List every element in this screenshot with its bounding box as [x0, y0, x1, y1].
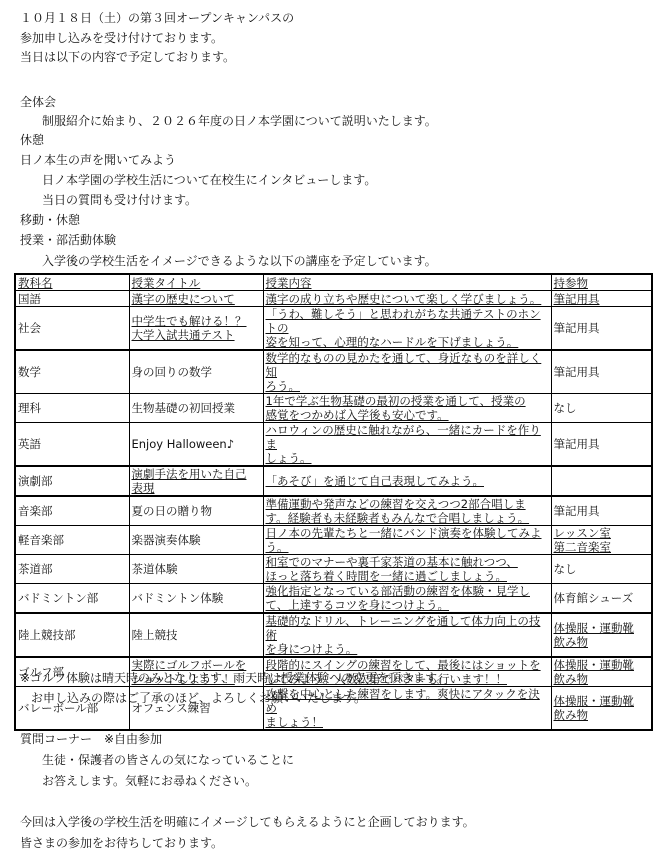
cell-line: 体操服・運動靴 [554, 694, 650, 708]
cell-line: 飲み物 [554, 708, 650, 722]
header-items: 持参物 [551, 274, 652, 291]
cell-line: 漢字の歴史について [132, 292, 261, 306]
cell-line: 数学的なものの見かたを通して、身近なものを詳しく知 [266, 351, 549, 379]
cell-line: 日ノ本の先輩たちと一緒にバンド演奏を体験してみよ [266, 526, 549, 540]
golf-note-2: お申し込みの際はご了承のほど、よろしくお願いいたします。 [31, 689, 366, 707]
cell-title: 演劇手法を用いた自己表現 [129, 466, 263, 496]
cell-title: 陸上競技 [129, 613, 263, 657]
cell-content: 基礎的なドリル、トレーニングを通して体力向上の技術を身につけよう。 [263, 613, 551, 657]
cell-items: 筆記用具 [551, 291, 652, 307]
cell-line: 楽器演奏体験 [132, 533, 261, 547]
cell-line: 筆記用具 [554, 437, 650, 451]
cell-line: 姿を知って、心理的なハードルを下げましょう。 [266, 335, 549, 349]
cell-content: ハロウィンの歴史に触れながら、一緒にカードを作りましょう。 [263, 423, 551, 467]
course-table: 教科名 授業タイトル 授業内容 持参物 国語漢字の歴史について漢字の成り立ちや歴… [14, 273, 653, 731]
cell-items: 体育館シューズ [551, 584, 652, 614]
cell-items: 体操服・運動靴飲み物 [551, 657, 652, 687]
cell-subject: 軽音楽部 [15, 526, 129, 555]
table-row: 理科生物基礎の初回授業1年で学ぶ生物基礎の最初の授業を通して、授業の感覚をつかめ… [15, 394, 652, 423]
cell-line: 準備運動や発声などの練習を交えつつ2部合唱しま [266, 497, 549, 511]
table-row: 数学身の回りの数学数学的なものの見かたを通して、身近なものを詳しく知ろう。筆記用… [15, 350, 652, 394]
cell-line: 表現 [132, 481, 261, 495]
general-description: 制服紹介に始まり、２０２６年度の日ノ本学園について説明いたします。 [42, 112, 437, 130]
cell-content: 漢字の成り立ちや歴史について楽しく学びましょう。 [263, 291, 551, 307]
cell-items: レッスン室第二音楽室 [551, 526, 652, 555]
qa-heading: 質問コーナー ※自由参加 [20, 730, 162, 748]
intro-line-1: １０月１８日（土）の第３回オープンキャンパスの [20, 9, 294, 27]
cell-line: ましょう！ [266, 715, 549, 729]
voices-line-2: 当日の質問も受け付けます。 [42, 191, 197, 209]
cell-content: 「あそび」を通じて自己表現してみよう。 [263, 466, 551, 496]
cell-items [551, 466, 652, 496]
cell-line: 「あそび」を通じて自己表現してみよう。 [266, 474, 549, 488]
cell-subject: 英語 [15, 423, 129, 467]
cell-line: バドミントン体験 [132, 591, 261, 605]
cell-line: 筆記用具 [554, 292, 650, 306]
cell-line: 演劇手法を用いた自己 [132, 467, 261, 481]
cell-line: 体操服・運動靴 [554, 658, 650, 672]
cell-title: 中学生でも解ける！？大学入試共通テスト [129, 307, 263, 351]
cell-line: て、上達するコツを身につけよう。 [266, 598, 549, 612]
cell-line: 中学生でも解ける！？ [132, 314, 261, 328]
cell-line: ほっと落ち着く時間を一緒に過ごしましょう。 [266, 569, 549, 583]
cell-line: 第二音楽室 [554, 540, 650, 554]
cell-line: しょう。 [266, 451, 549, 465]
cell-title: 漢字の歴史について [129, 291, 263, 307]
cell-line: 筆記用具 [554, 365, 650, 379]
cell-subject: 国語 [15, 291, 129, 307]
cell-subject: 数学 [15, 350, 129, 394]
cell-subject: 音楽部 [15, 496, 129, 526]
voices-line-1: 日ノ本学園の学校生活について在校生にインタビューします。 [42, 171, 376, 189]
cell-title: Enjoy Halloween♪ [129, 423, 263, 467]
cell-content: 和室でのマナーや裏千家茶道の基本に触れつつ、ほっと落ち着く時間を一緒に過ごしまし… [263, 555, 551, 584]
cell-line: レッスン室 [554, 526, 650, 540]
cell-items: 筆記用具 [551, 423, 652, 467]
cell-line: 茶道体験 [132, 562, 261, 576]
header-content: 授業内容 [263, 274, 551, 291]
cell-line: ハロウィンの歴史に触れながら、一緒にカードを作りま [266, 423, 549, 451]
cell-line: 強化指定となっている部活動の練習を体験・見学し [266, 584, 549, 598]
cell-line: 筆記用具 [554, 504, 650, 518]
cell-line: 身の回りの数学 [132, 365, 261, 379]
cell-title: 楽器演奏体験 [129, 526, 263, 555]
cell-line: 和室でのマナーや裏千家茶道の基本に触れつつ、 [266, 555, 549, 569]
cell-items: なし [551, 394, 652, 423]
table-header-row: 教科名 授業タイトル 授業内容 持参物 [15, 274, 652, 291]
cell-subject: 理科 [15, 394, 129, 423]
cell-line: 体操服・運動靴 [554, 621, 650, 635]
closing-line-1: 今回は入学後の学校生活を明確にイメージしてもらえるようにと企画しております。 [20, 813, 475, 831]
cell-items: 筆記用具 [551, 307, 652, 351]
cell-items: なし [551, 555, 652, 584]
header-subject: 教科名 [15, 274, 129, 291]
cell-line: 「うわ、難しそう」と思われがちな共通テストのホントの [266, 307, 549, 335]
cell-line: 筆記用具 [554, 321, 650, 335]
cell-title: 生物基礎の初回授業 [129, 394, 263, 423]
table-row: 英語Enjoy Halloween♪ハロウィンの歴史に触れながら、一緒にカードを… [15, 423, 652, 467]
intro-line-2: 参加申し込みを受け付けております。 [20, 29, 223, 47]
cell-title: 茶道体験 [129, 555, 263, 584]
table-row: 軽音楽部楽器演奏体験日ノ本の先輩たちと一緒にバンド演奏を体験してみよう。レッスン… [15, 526, 652, 555]
cell-line: 感覚をつかめば入学後も安心です。 [266, 408, 549, 422]
move-break-heading: 移動・休憩 [20, 211, 80, 229]
cell-title: 夏の日の贈り物 [129, 496, 263, 526]
cell-line: Enjoy Halloween♪ [132, 437, 261, 451]
header-title: 授業タイトル [129, 274, 263, 291]
cell-line: なし [554, 401, 650, 415]
cell-line: 1年で学ぶ生物基礎の最初の授業を通して、授業の [266, 394, 549, 408]
golf-note: ※ゴルフ体験は晴天時のみとなります、雨天時は授業体験への変更を頂きます。 [20, 669, 448, 687]
break-heading: 休憩 [20, 131, 44, 149]
cell-content: 「うわ、難しそう」と思われがちな共通テストのホントの姿を知って、心理的なハードル… [263, 307, 551, 351]
cell-content: 1年で学ぶ生物基礎の最初の授業を通して、授業の感覚をつかめば入学後も安心です。 [263, 394, 551, 423]
cell-subject: バドミントン部 [15, 584, 129, 614]
closing-line-2: 皆さまの参加をお待ちしております。 [20, 834, 223, 852]
cell-content: 数学的なものの見かたを通して、身近なものを詳しく知ろう。 [263, 350, 551, 394]
cell-line: を身につけよう。 [266, 642, 549, 656]
cell-line: う。 [266, 540, 549, 554]
cell-items: 筆記用具 [551, 496, 652, 526]
cell-line: 大学入試共通テスト [132, 328, 261, 342]
voices-heading: 日ノ本生の声を聞いてみよう [20, 151, 176, 169]
table-row: 演劇部演劇手法を用いた自己表現「あそび」を通じて自己表現してみよう。 [15, 466, 652, 496]
table-row: 陸上競技部陸上競技基礎的なドリル、トレーニングを通して体力向上の技術を身につけよ… [15, 613, 652, 657]
cell-line: 飲み物 [554, 672, 650, 686]
qa-line-2: お答えします。気軽にお尋ねください。 [42, 772, 257, 790]
cell-content: 準備運動や発声などの練習を交えつつ2部合唱します。経験者も未経験者もみんなで合唱… [263, 496, 551, 526]
qa-line-1: 生徒・保護者の皆さんの気になっていることに [42, 751, 294, 769]
table-row: 茶道部茶道体験和室でのマナーや裏千家茶道の基本に触れつつ、ほっと落ち着く時間を一… [15, 555, 652, 584]
cell-line: 生物基礎の初回授業 [132, 401, 261, 415]
cell-line: 体育館シューズ [554, 591, 650, 605]
cell-content: 日ノ本の先輩たちと一緒にバンド演奏を体験してみよう。 [263, 526, 551, 555]
table-row: バドミントン部バドミントン体験強化指定となっている部活動の練習を体験・見学して、… [15, 584, 652, 614]
cell-line: 漢字の成り立ちや歴史について楽しく学びましょう。 [266, 292, 549, 306]
table-row: 国語漢字の歴史について漢字の成り立ちや歴史について楽しく学びましょう。筆記用具 [15, 291, 652, 307]
cell-content: 強化指定となっている部活動の練習を体験・見学して、上達するコツを身につけよう。 [263, 584, 551, 614]
cell-items: 体操服・運動靴飲み物 [551, 687, 652, 731]
cell-line: 飲み物 [554, 635, 650, 649]
cell-subject: 演劇部 [15, 466, 129, 496]
table-row: 社会中学生でも解ける！？大学入試共通テスト「うわ、難しそう」と思われがちな共通テ… [15, 307, 652, 351]
trial-heading: 授業・部活動体験 [20, 231, 116, 249]
intro-line-3: 当日は以下の内容で予定しております。 [20, 48, 235, 66]
cell-line: 基礎的なドリル、トレーニングを通して体力向上の技術 [266, 614, 549, 642]
cell-line: ろう。 [266, 379, 549, 393]
cell-subject: 茶道部 [15, 555, 129, 584]
cell-subject: 社会 [15, 307, 129, 351]
cell-subject: 陸上競技部 [15, 613, 129, 657]
cell-line: す。経験者も未経験者もみんなで合唱しましょう。 [266, 511, 549, 525]
cell-line: なし [554, 562, 650, 576]
cell-title: バドミントン体験 [129, 584, 263, 614]
cell-items: 体操服・運動靴飲み物 [551, 613, 652, 657]
table-row: 音楽部夏の日の贈り物準備運動や発声などの練習を交えつつ2部合唱します。経験者も未… [15, 496, 652, 526]
trial-description: 入学後の学校生活をイメージできるような以下の講座を予定しています。 [42, 252, 437, 270]
cell-title: 身の回りの数学 [129, 350, 263, 394]
cell-items: 筆記用具 [551, 350, 652, 394]
general-heading: 全体会 [20, 93, 56, 111]
cell-line: 夏の日の贈り物 [132, 504, 261, 518]
cell-line: 陸上競技 [132, 628, 261, 642]
